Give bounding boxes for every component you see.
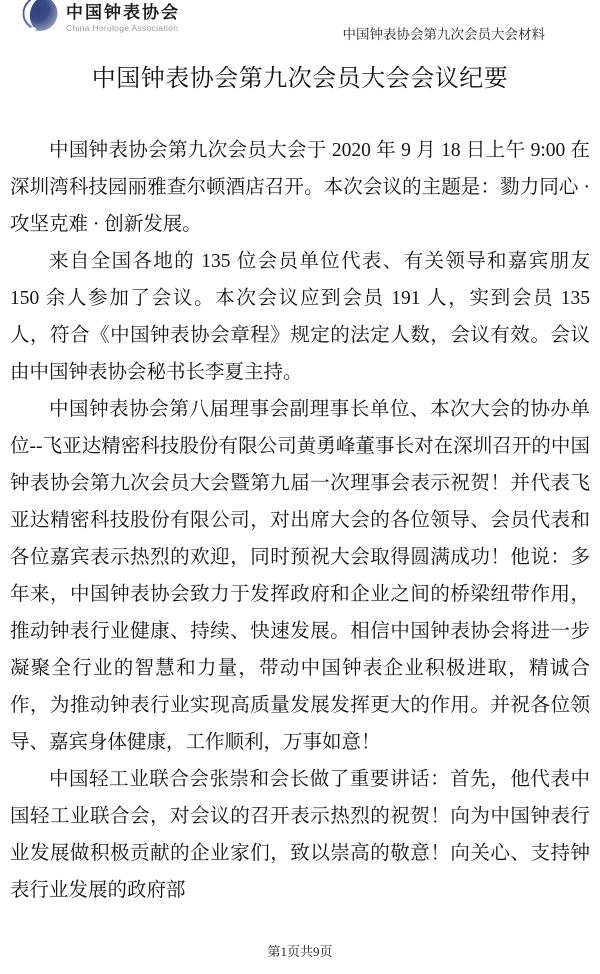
logo-org-name-en: China Horologe Association [66, 23, 180, 34]
logo-text-block: 中国钟表协会 China Horologe Association [66, 3, 180, 34]
paragraph-2: 来自全国各地的 135 位会员单位代表、有关领导和嘉宾朋友 150 余人参加了会… [10, 243, 590, 391]
paragraph-3: 中国钟表协会第八届理事会副理事长单位、本次大会的协办单位--飞亚达精密科技股份有… [10, 391, 590, 761]
page-number: 第1页共9页 [267, 944, 332, 959]
logo-globe-icon [21, 0, 59, 44]
paragraph-1: 中国钟表协会第九次会员大会于 2020 年 9 月 18 日上午 9:00 在深… [10, 132, 590, 243]
document-material-label: 中国钟表协会第九次会员大会材料 [343, 0, 600, 43]
document-page: 中国钟表协会 China Horologe Association 中国钟表协会… [0, 0, 600, 974]
document-header: 中国钟表协会 China Horologe Association 中国钟表协会… [0, 0, 600, 50]
document-body: 中国钟表协会第九次会员大会于 2020 年 9 月 18 日上午 9:00 在深… [10, 132, 590, 909]
paragraph-4: 中国轻工业联合会张崇和会长做了重要讲话：首先，他代表中国轻工业联合会，对会议的召… [10, 761, 590, 909]
logo-org-name-zh: 中国钟表协会 [66, 3, 180, 23]
association-logo: 中国钟表协会 China Horologe Association [21, 0, 180, 44]
document-footer: 第1页共9页 [0, 941, 600, 960]
document-title: 中国钟表协会第九次会员大会会议纪要 [0, 62, 600, 96]
